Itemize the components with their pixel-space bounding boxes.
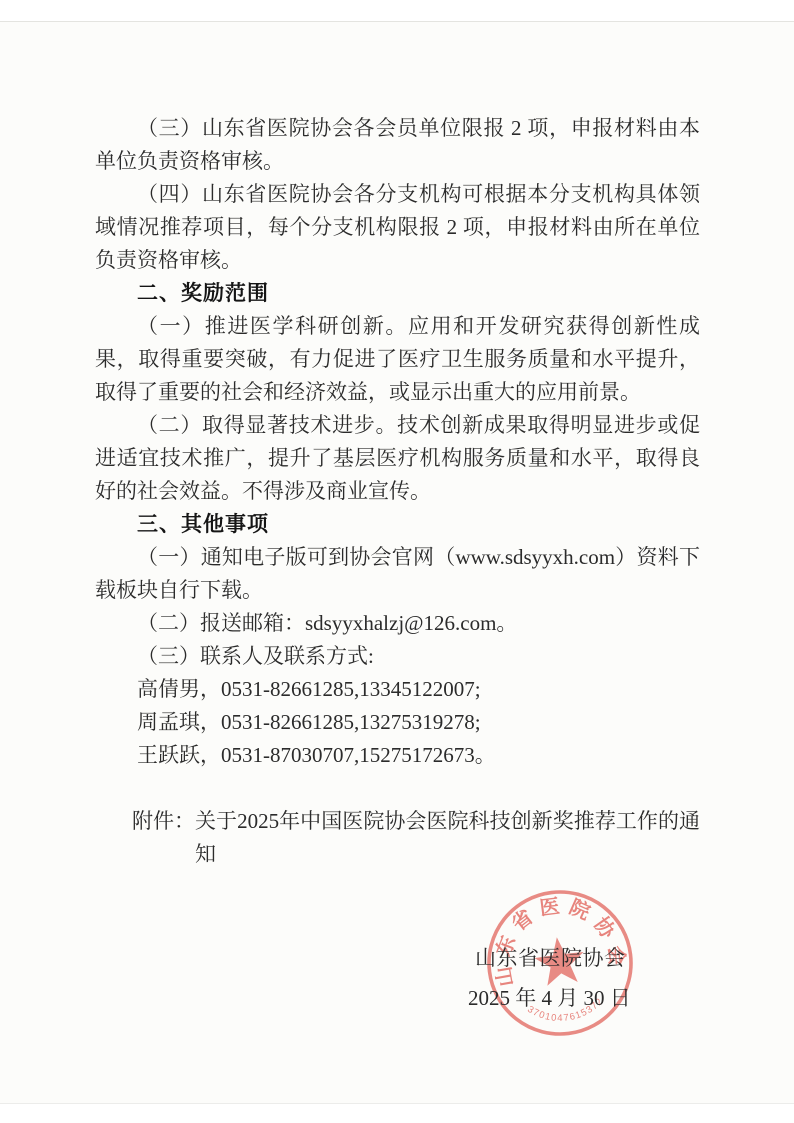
body-paragraph: （三）山东省医院协会各会员单位限报 2 项，申报材料由本单位负责资格审核。: [95, 112, 700, 178]
document-body: （三）山东省医院协会各会员单位限报 2 项，申报材料由本单位负责资格审核。 （四…: [0, 0, 794, 1123]
contact-line: 周孟琪，0531-82661285,13275319278;: [95, 706, 700, 739]
attachment-label: 附件：: [132, 805, 195, 838]
signature-date: 2025 年 4 月 30 日: [95, 982, 700, 1015]
attachment-block: 附件： 关于2025年中国医院协会医院科技创新奖推荐工作的通知: [95, 805, 700, 871]
body-paragraph: （四）山东省医院协会各分支机构可根据本分支机构具体领域情况推荐项目，每个分支机构…: [95, 178, 700, 277]
body-paragraph-contacts-intro: （三）联系人及联系方式:: [95, 640, 700, 673]
body-paragraph-email: （二）报送邮箱：sdsyyxhalzj@126.com。: [95, 607, 700, 640]
attachment-title: 关于2025年中国医院协会医院科技创新奖推荐工作的通知: [195, 805, 700, 871]
signature-organization: 山东省医院协会: [95, 942, 700, 975]
section-heading-other-matters: 三、其他事项: [95, 508, 700, 541]
contact-line: 王跃跃，0531-87030707,15275172673。: [95, 739, 700, 772]
body-paragraph: （一）推进医学科研创新。应用和开发研究获得创新性成果，取得重要突破，有力促进了医…: [95, 310, 700, 409]
contact-line: 高倩男，0531-82661285,13345122007;: [95, 673, 700, 706]
body-paragraph: （二）取得显著技术进步。技术创新成果取得明显进步或促进适宜技术推广，提升了基层医…: [95, 409, 700, 508]
section-heading-awards-scope: 二、奖励范围: [95, 277, 700, 310]
body-paragraph-website: （一）通知电子版可到协会官网（www.sdsyyxh.com）资料下载板块自行下…: [95, 541, 700, 607]
